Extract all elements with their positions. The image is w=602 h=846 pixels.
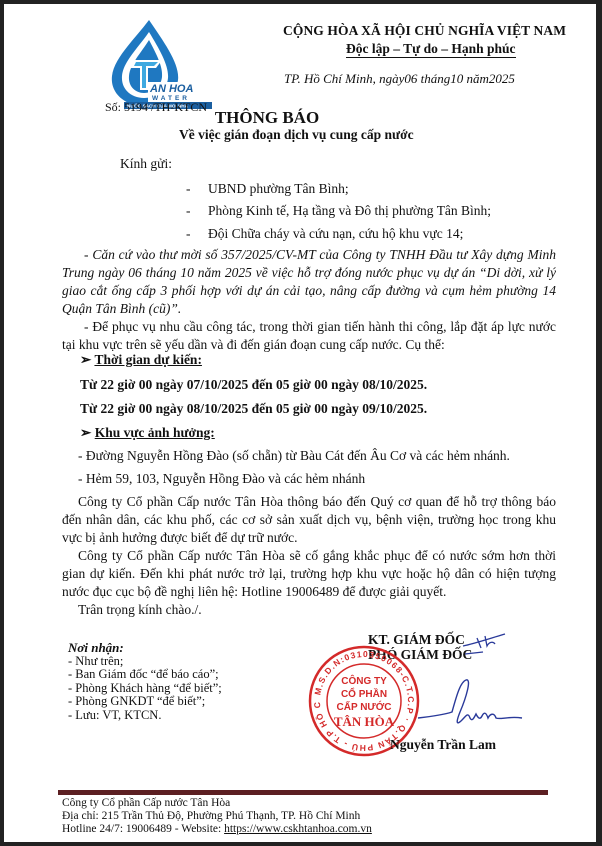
area-heading: ➢ Khu vực ảnh hưởng: bbox=[80, 425, 215, 441]
initial-mark-icon bbox=[459, 632, 509, 657]
footer-contact: Hotline 24/7: 19006489 - Website: https:… bbox=[62, 823, 372, 836]
affected-area: - Đường Nguyễn Hồng Đào (số chẵn) từ Bàu… bbox=[78, 448, 510, 464]
time-range: Từ 22 giờ 00 ngày 08/10/2025 đến 05 giờ … bbox=[80, 401, 427, 417]
stamp-line: CỔ PHẦN bbox=[341, 687, 387, 700]
time-heading: ➢ Thời gian dự kiến: bbox=[80, 352, 202, 368]
time-heading-text: Thời gian dự kiến: bbox=[94, 352, 202, 367]
affected-area: - Hẻm 59, 103, Nguyễn Hồng Đào và các hẻ… bbox=[78, 471, 365, 487]
tan-hoa-water-logo: AN HOA WATER NƯỚC SẠCH CỦA MỌI NHÀ bbox=[104, 18, 214, 110]
title-text: THÔNG BÁO bbox=[215, 108, 319, 127]
distribution-item: - Lưu: VT, KTCN. bbox=[68, 709, 222, 723]
subtitle-text: Về việc gián đoạn dịch vụ cung cấp nước bbox=[179, 127, 414, 143]
distribution-list: Nơi nhận: - Như trên; - Ban Giám đốc “để… bbox=[68, 641, 222, 722]
website-link[interactable]: https://www.cskhtanhoa.com.vn bbox=[224, 823, 372, 835]
paragraph-notice: Công ty Cổ phần Cấp nước Tân Hòa thông b… bbox=[62, 493, 556, 547]
arrow-bullet-icon: ➢ bbox=[80, 352, 94, 367]
footer-divider bbox=[58, 790, 548, 795]
recipient-text: Đội Chữa cháy và cứu nạn, cứu hộ khu vực… bbox=[208, 225, 463, 243]
distribution-item: - Phòng Khách hàng “để biết”; bbox=[68, 682, 222, 696]
document-title: THÔNG BÁO bbox=[4, 108, 602, 128]
place-date: TP. Hồ Chí Minh, ngày06 tháng10 năm2025 bbox=[284, 71, 515, 87]
stamp-line: CẤP NƯỚC bbox=[337, 700, 392, 713]
footer-address: Địa chỉ: 215 Trần Thủ Độ, Phường Phú Thạ… bbox=[62, 810, 360, 823]
distribution-item: - Phòng GNKDT “để biết”; bbox=[68, 695, 222, 709]
paragraph-reference: - Căn cứ vào thư mời số 357/2025/CV-MT c… bbox=[62, 246, 556, 318]
footer-company: Công ty Cổ phần Cấp nước Tân Hòa bbox=[62, 797, 230, 810]
document-page: AN HOA WATER NƯỚC SẠCH CỦA MỌI NHÀ Số: 5… bbox=[4, 4, 596, 842]
nation-heading: CỘNG HÒA XÃ HỘI CHỦ NGHĨA VIỆT NAM bbox=[283, 23, 566, 39]
distribution-item: - Ban Giám đốc “để báo cáo”; bbox=[68, 668, 222, 682]
stamp-line: CÔNG TY bbox=[341, 674, 387, 687]
footer-hotline: Hotline 24/7: 19006489 - Website: bbox=[62, 823, 224, 835]
motto: Độc lập – Tự do – Hạnh phúc bbox=[346, 40, 516, 58]
distribution-heading: Nơi nhận: bbox=[68, 641, 222, 655]
area-heading-text: Khu vực ảnh hưởng: bbox=[95, 425, 215, 440]
time-range: Từ 22 giờ 00 ngày 07/10/2025 đến 05 giờ … bbox=[80, 377, 427, 393]
closing: Trân trọng kính chào./. bbox=[78, 602, 202, 618]
distribution-item: - Như trên; bbox=[68, 655, 222, 669]
handwritten-signature bbox=[416, 678, 526, 738]
svg-text:AN HOA: AN HOA bbox=[149, 83, 193, 95]
recipient-text: Phòng Kinh tế, Hạ tầng và Đô thị phường … bbox=[208, 202, 491, 220]
arrow-bullet-icon: ➢ bbox=[80, 425, 95, 440]
signer-name: Nguyễn Trần Lam bbox=[390, 737, 496, 753]
recipient-text: UBND phường Tân Bình; bbox=[208, 180, 349, 198]
paragraph-purpose: - Để phục vụ nhu cầu công tác, trong thờ… bbox=[62, 318, 556, 354]
recipients-label: Kính gửi: bbox=[120, 155, 172, 173]
paragraph-remedy: Công ty Cổ phần Cấp nước Tân Hòa sẽ cố g… bbox=[62, 547, 556, 601]
stamp-line: TÂN HÒA bbox=[334, 714, 395, 729]
